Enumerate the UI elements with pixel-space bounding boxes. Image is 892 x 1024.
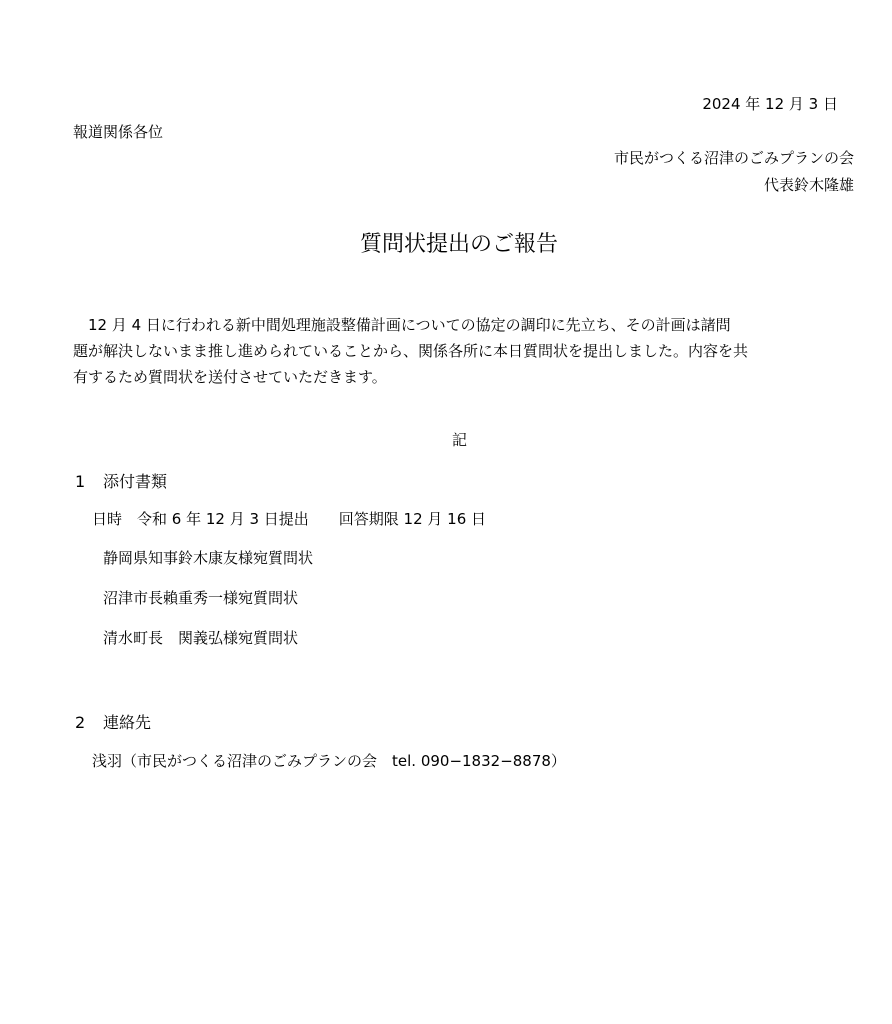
section-2-heading: 連絡先 xyxy=(103,712,151,734)
contact-info: 浅羽（市民がつくる沼津のごみプランの会 tel. 090−1832−8878） xyxy=(92,751,566,771)
ki-mark: 記 xyxy=(452,430,467,450)
attachment-item: 静岡県知事鈴木康友様宛質問状 xyxy=(103,548,313,568)
body-line: 題が解決しないまま推し進められていることから、関係各所に本日質問状を提出しました… xyxy=(73,338,863,364)
attachment-item: 沼津市長賴重秀一様宛質問状 xyxy=(103,588,298,608)
document-date: 2024 年 12 月 3 日 xyxy=(702,94,838,114)
attachment-item: 清水町長 関義弘様宛質問状 xyxy=(103,628,298,648)
body-line: 12 月 4 日に行われる新中間処理施設整備計画についての協定の調印に先立ち、そ… xyxy=(73,312,863,338)
page-title: 質問状提出のご報告 xyxy=(0,231,892,259)
body-paragraph: 12 月 4 日に行われる新中間処理施設整備計画についての協定の調印に先立ち、そ… xyxy=(73,312,863,390)
addressee: 報道関係各位 xyxy=(73,122,163,142)
submission-schedule: 日時 令和 6 年 12 月 3 日提出 回答期限 12 月 16 日 xyxy=(92,509,486,529)
section-1-heading: 添付書類 xyxy=(103,471,167,493)
section-1-number: 1 xyxy=(75,471,85,493)
section-2-number: 2 xyxy=(75,712,85,734)
organization-name: 市民がつくる沼津のごみプランの会 xyxy=(614,148,854,168)
representative-name: 代表鈴木隆雄 xyxy=(764,175,854,195)
body-line: 有するため質問状を送付させていただきます。 xyxy=(73,364,863,390)
